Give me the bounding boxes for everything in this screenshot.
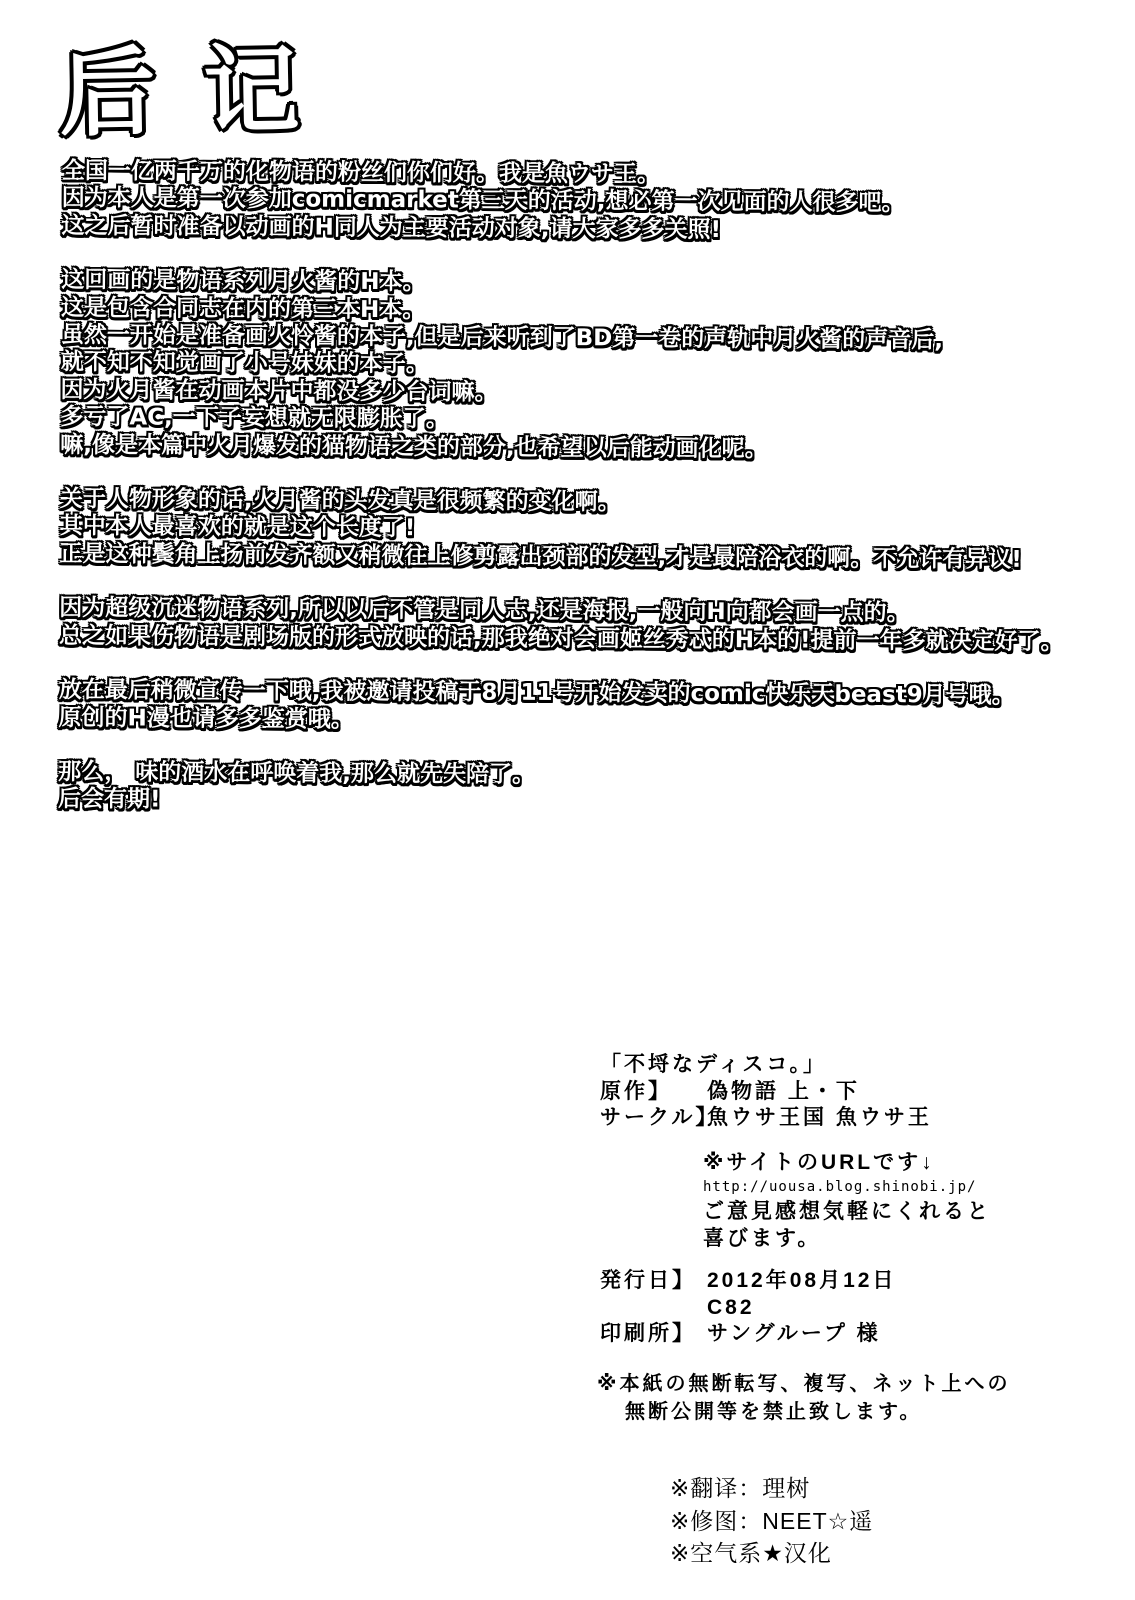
circle-row: サークル】魚ウサ王国 魚ウサ王 (600, 1105, 1135, 1132)
copyright-notice: ※本紙の無断転写、複写、ネット上への 無断公開等を禁止致します。 (597, 1370, 1135, 1426)
feedback-line-1: ご意見感想気軽にくれると (703, 1198, 1135, 1225)
afterword-line: 后会有期! (58, 786, 1108, 820)
printer-value: サングループ 様 (707, 1322, 881, 1345)
credit-group: ※空气系★汉化 (670, 1537, 873, 1570)
page-title: 后记 (58, 13, 348, 155)
site-url: http://uousa.blog.shinobi.jp/ (703, 1176, 1135, 1198)
circle-label: サークル】 (600, 1105, 707, 1132)
original-work-value: 偽物語 上・下 (707, 1080, 860, 1103)
credit-translator: ※翻译：理树 (670, 1472, 873, 1505)
notice-line-2: 無断公開等を禁止致します。 (625, 1398, 1135, 1426)
afterword-line: 正是这种鬓角上扬前发齐额又稍微往上修剪露出颈部的发型,才是最陪浴衣的啊。不允许有… (59, 541, 1109, 575)
feedback-line-2: 喜びます。 (703, 1225, 1135, 1252)
site-block: ※サイトのURLです↓ http://uousa.blog.shinobi.jp… (703, 1150, 1135, 1253)
circle-value: 魚ウサ王国 魚ウサ王 (707, 1106, 932, 1129)
afterword-paragraph: 关于人物形象的话,火月酱的头发真是很频繁的变化啊。其中本人最喜欢的就是这个长度了… (59, 486, 1109, 575)
afterword-paragraph: 放在最后稍微宣传一下哦,我被邀请投稿于8月11号开始发卖的comic快乐天bea… (58, 677, 1108, 738)
publication-block: 発行日】2012年08月12日 C82 印刷所】サングループ 様 (585, 1268, 1135, 1348)
translation-credits: ※翻译：理树 ※修图：NEET☆遥 ※空气系★汉化 (670, 1472, 873, 1570)
notice-line-1: ※本紙の無断転写、複写、ネット上への (597, 1370, 1135, 1398)
printer-label: 印刷所】 (600, 1321, 707, 1348)
publish-date-value: 2012年08月12日 (707, 1269, 896, 1292)
credit-retouch: ※修图：NEET☆遥 (670, 1505, 873, 1538)
site-note: ※サイトのURLです↓ (703, 1150, 1135, 1177)
afterword-body: 全国一亿两千万的化物语的粉丝们你们好。我是魚ウサ王。因为本人是第一次参加comi… (58, 158, 1112, 820)
book-title: 「不埒なディスコ。」 (600, 1052, 1135, 1079)
afterword-line: 总之如果伤物语是剧场版的形式放映的话,那我绝对会画姬丝秀忒的H本的!提前一年多就… (59, 623, 1109, 657)
scanned-afterword-page: 后记 全国一亿两千万的化物语的粉丝们你们好。我是魚ウサ王。因为本人是第一次参加c… (0, 0, 1135, 1600)
afterword-paragraph: 这回画的是物语系列月火酱的H本。这是包含合同志在内的第三本H本。虽然一开始是准备… (60, 267, 1111, 465)
printer-row: 印刷所】サングループ 様 (600, 1321, 1135, 1348)
original-work-label: 原作】 (600, 1079, 707, 1106)
original-work-row: 原作】偽物語 上・下 (600, 1079, 1135, 1106)
afterword-line: 这之后暂时准备以动画的H同人为主要活动对象,请大家多多关照! (61, 213, 1111, 247)
colophon: 「不埒なディスコ。」 原作】偽物語 上・下 サークル】魚ウサ王国 魚ウサ王 ※サ… (585, 1052, 1135, 1426)
publish-date-label: 発行日】 (600, 1268, 707, 1295)
afterword-paragraph: 全国一亿两千万的化物语的粉丝们你们好。我是魚ウサ王。因为本人是第一次参加comi… (61, 158, 1111, 247)
afterword-paragraph: 因为超级沉迷物语系列,所以以后不管是同人志,还是海报,一般向H向都会画一点的。总… (59, 595, 1109, 656)
afterword-paragraph: 那么， 味的酒水在呼唤着我,那么就先失陪了。后会有期! (58, 759, 1108, 820)
event-name: C82 (707, 1295, 1135, 1322)
publish-date-row: 発行日】2012年08月12日 (600, 1268, 1135, 1295)
afterword-line: 嘛,像是本篇中火月爆发的猫物语之类的部分,也希望以后能动画化呢。 (60, 432, 1110, 466)
